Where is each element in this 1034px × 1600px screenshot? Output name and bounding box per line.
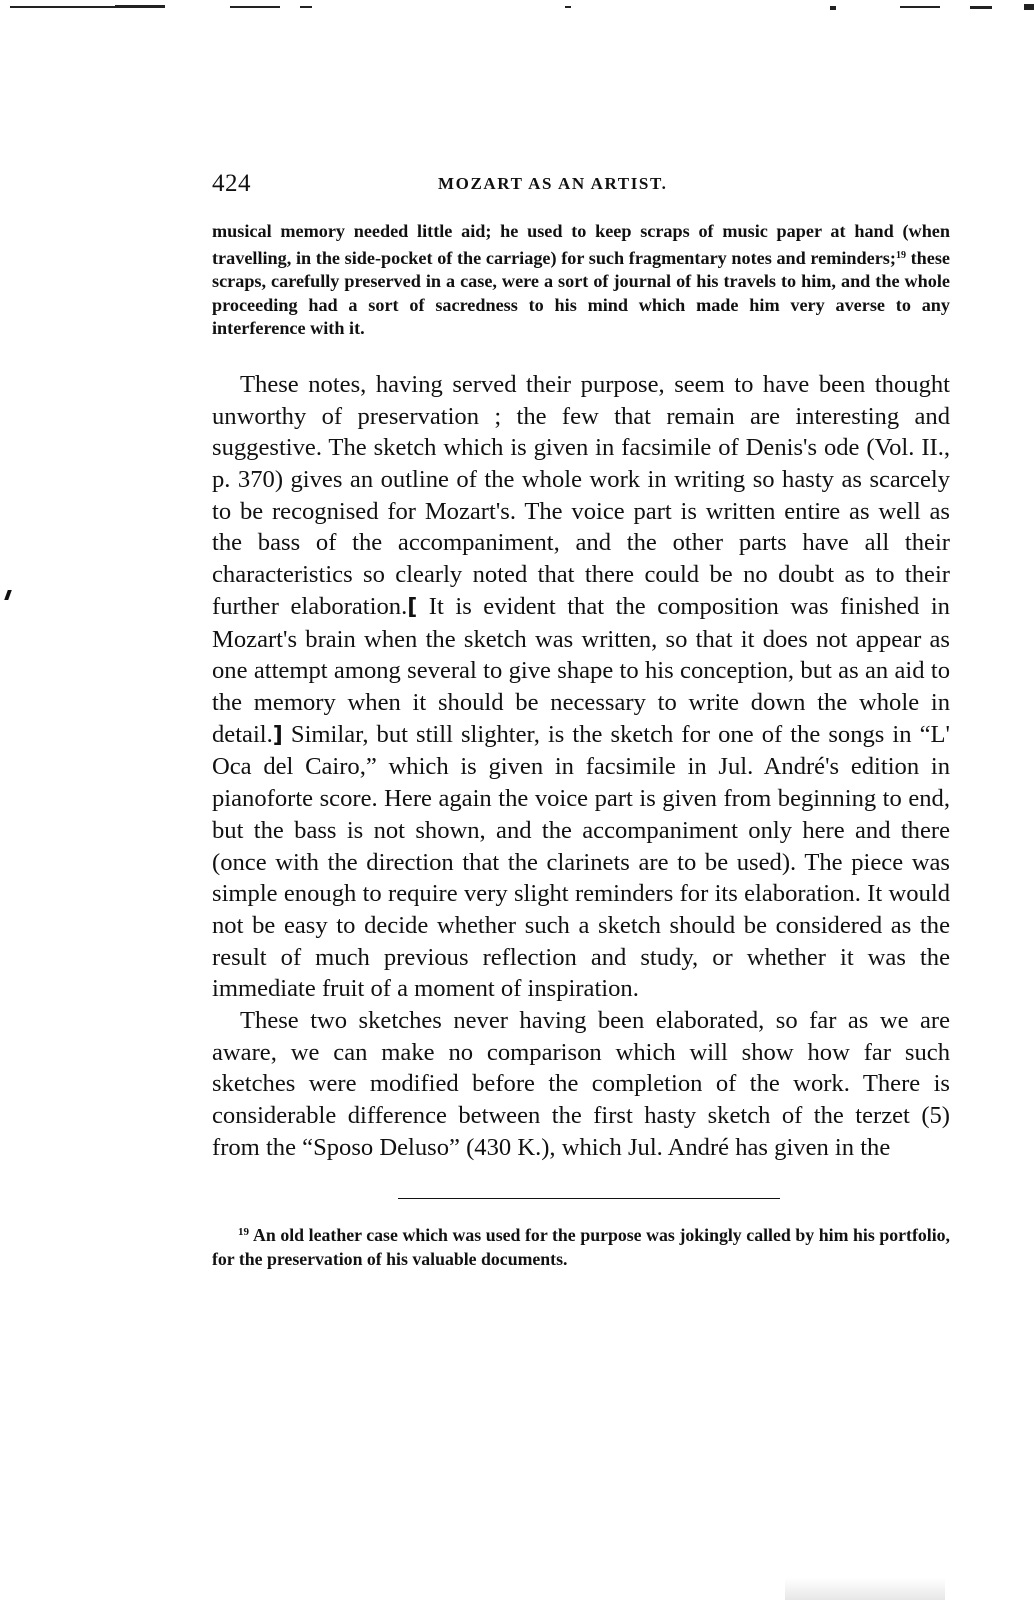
body-paragraph-1: These notes, having served their purpose… — [212, 369, 950, 1005]
footnote-reference: 19 — [896, 250, 906, 261]
footnote: 19An old leather case which was used for… — [212, 1221, 950, 1271]
paragraph-2-text: These two sketches never having been ela… — [212, 1007, 950, 1161]
running-head: 424 MOZART AS AN ARTIST. — [212, 170, 950, 202]
footnote-text: An old leather case which was used for t… — [212, 1225, 950, 1269]
running-title: MOZART AS AN ARTIST. — [438, 174, 668, 194]
page-number: 424 — [212, 170, 251, 198]
scan-artifact-bottom-smudge — [785, 1578, 945, 1600]
footnote-divider — [398, 1198, 780, 1200]
footnote-number: 19 — [238, 1226, 249, 1238]
body-paragraph-2: These two sketches never having been ela… — [212, 1005, 950, 1164]
close-bracket-mark: ] — [273, 723, 283, 748]
book-page: 424 MOZART AS AN ARTIST. musical memory … — [212, 170, 950, 1271]
open-bracket-mark: [ — [407, 595, 417, 620]
paragraph-1-part-a: These notes, having served their purpose… — [212, 371, 950, 620]
quoted-passage: musical memory needed little aid; he use… — [212, 220, 950, 341]
quoted-passage-text-a: musical memory needed little aid; he use… — [212, 221, 950, 268]
margin-ink-mark — [4, 590, 12, 600]
paragraph-1-part-c: Similar, but still slighter, is the sket… — [212, 721, 950, 1003]
scan-artifact-top-edge — [0, 0, 1034, 20]
